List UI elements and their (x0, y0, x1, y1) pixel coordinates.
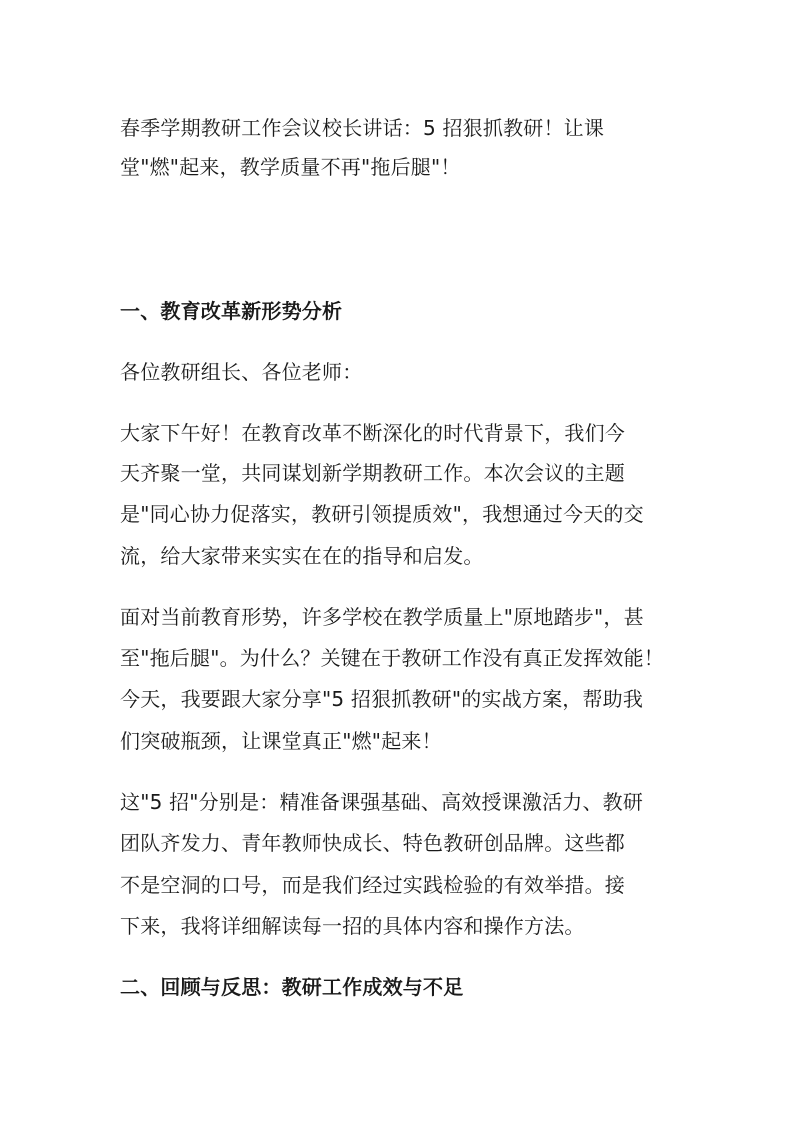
paragraph-2-line-4: 们突破瓶颈，让课堂真正"燃"起来！ (120, 729, 442, 753)
paragraph-2-line-2: 至"拖后腿"。为什么？关键在于教研工作没有真正发挥效能！ (120, 646, 664, 670)
document-title-line-1: 春季学期教研工作会议校长讲话：5 招狠抓教研！让课 (120, 116, 604, 140)
paragraph-1-line-2: 天齐聚一堂，共同谋划新学期教研工作。本次会议的主题 (120, 461, 625, 485)
paragraph-3-line-3: 不是空洞的口号，而是我们经过实践检验的有效举措。接 (120, 873, 625, 897)
paragraph-3-line-1: 这"5 招"分别是：精准备课强基础、高效授课激活力、教研 (120, 790, 643, 814)
paragraph-3-line-4: 下来，我将详细解读每一招的具体内容和操作方法。 (120, 914, 585, 938)
document-title-line-2: 堂"燃"起来，教学质量不再"拖后腿"！ (120, 155, 461, 179)
salutation: 各位教研组长、各位老师： (120, 360, 362, 384)
section-heading-2: 二、回顾与反思：教研工作成效与不足 (120, 975, 463, 999)
paragraph-1-line-3: 是"同心协力促落实，教研引领提质效"，我想通过今天的交 (120, 502, 644, 526)
paragraph-2-line-1: 面对当前教育形势，许多学校在教学质量上"原地踏步"，甚 (120, 605, 644, 629)
paragraph-2-line-3: 今天，我要跟大家分享"5 招狠抓教研"的实战方案，帮助我 (120, 687, 643, 711)
paragraph-3-line-2: 团队齐发力、青年教师快成长、特色教研创品牌。这些都 (120, 831, 625, 855)
paragraph-1-line-4: 流，给大家带来实实在在的指导和启发。 (120, 544, 484, 568)
paragraph-1-line-1: 大家下午好！在教育改革不断深化的时代背景下，我们今 (120, 421, 625, 445)
section-heading-1: 一、教育改革新形势分析 (120, 299, 342, 323)
